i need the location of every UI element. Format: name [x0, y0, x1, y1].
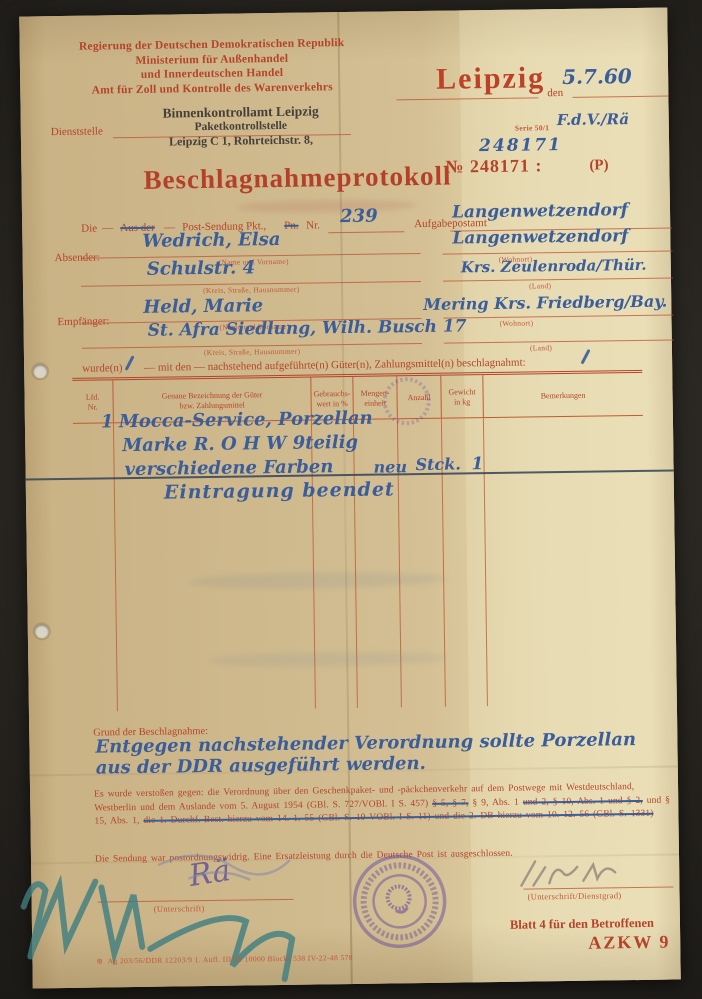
faint-stamp-icon [376, 383, 437, 444]
blue-checkmark [125, 355, 135, 371]
die-label: Die [81, 223, 97, 235]
fdv-handwritten: F.d.V./Rä [557, 110, 630, 129]
land-sublabel: (Land) [529, 281, 551, 290]
sender-wohnort-handwritten: Langenwetzendorf [452, 226, 628, 248]
recipient-wohnort-handwritten: Mering Krs. Friedberg/Bay. [423, 292, 667, 314]
protocol-number: № 248171 : [445, 155, 542, 177]
legal-segment-struck: und 2, § 10, Abs. 1 und § 2, [523, 795, 643, 807]
dash: — [102, 222, 113, 234]
sender-name-handwritten: Wedrich, Elsa [142, 229, 280, 252]
recipient-street-handwritten: St. Afra Siedlung, Wilh. Busch 17 [148, 316, 467, 340]
entry-desc-line1: Mocca-Service, Porzellan [119, 408, 373, 433]
legal-segment-struck: § 5, § 7, [432, 798, 468, 809]
cell [483, 416, 647, 706]
aufgabepostamt-handwritten: Langenwetzendorf [452, 200, 628, 222]
number-handwritten: 248171 [479, 135, 562, 156]
col-gewicht: Gewichtin kg [440, 375, 483, 418]
cell [73, 423, 117, 712]
office-stamp-line: Leipzig C 1, Rohrteichstr. 8, [131, 132, 351, 149]
serie-label: Serie 50/1 [515, 123, 550, 132]
sender-street-handwritten: Schulstr. 4 [147, 257, 256, 280]
land-sublabel: (Land) [530, 343, 552, 352]
office-stamp: Binnenkontrollamt Leipzig Paketkontrolls… [131, 104, 352, 149]
date-handwritten: 5.7.60 [562, 64, 632, 89]
city-stamp: Leipzig [436, 61, 545, 97]
document-title: Beschlagnahmeprotokoll [143, 161, 451, 196]
sender-land-handwritten: Krs. Zeulenroda/Thür. [461, 256, 647, 277]
parcel-number-handwritten: 239 [340, 206, 378, 228]
round-stamp-icon [349, 851, 450, 952]
photo-background: Regierung der Deutschen Demokratischen R… [0, 0, 702, 999]
issuing-authority: Regierung der Deutschen Demokratischen R… [62, 36, 363, 98]
legal-paragraph: Es wurde verstoßen gegen: die Verordnung… [94, 781, 675, 830]
recipient-name-handwritten: Held, Marie [143, 295, 263, 318]
document-sheet: Regierung der Deutschen Demokratischen R… [19, 8, 681, 989]
right-signature-strokes [509, 849, 680, 893]
col-bemerkungen: Bemerkungen [482, 373, 643, 417]
legal-segment: § 9, Abs. 1 [468, 797, 523, 808]
pn-label-struck: Pn. [284, 220, 299, 232]
printer-mark-icon: ⊛ [96, 956, 107, 965]
dienststelle-label: Dienststelle [51, 125, 103, 138]
punch-hole [35, 624, 49, 638]
entry-desc-line2: Marke R. O H W 9teilig [122, 432, 358, 456]
blank-line [328, 231, 404, 233]
den-label: den [547, 87, 563, 99]
blatt-label: Blatt 4 für den Betroffenen [510, 916, 654, 933]
wohnort-sublabel: (Wohnort) [500, 318, 534, 327]
wurden-label: wurde(n) [82, 362, 122, 375]
authority-line: Amt für Zoll und Kontrolle des Warenverk… [62, 79, 362, 98]
p-marker: (P) [589, 157, 608, 174]
azkw-form-code: AZKW 9 [588, 932, 670, 954]
entry-mengeneinheit: Stck. [415, 454, 461, 474]
street-sublabel: (Kreis, Straße, Hausnummer) [204, 347, 301, 357]
street-sublabel: (Kreis, Straße, Hausnummer) [203, 285, 300, 295]
teal-scribble-strokes [9, 850, 351, 985]
entry-lfd-handwritten: 1 [101, 411, 114, 432]
reason-handwritten-line2: aus der DDR ausgeführt werden. [96, 753, 426, 779]
punch-hole [33, 364, 47, 378]
entry-closing-note: Eintragung beendet [164, 478, 395, 503]
nr-label: Nr. [306, 219, 320, 231]
bleed-through-smudge [237, 199, 417, 214]
